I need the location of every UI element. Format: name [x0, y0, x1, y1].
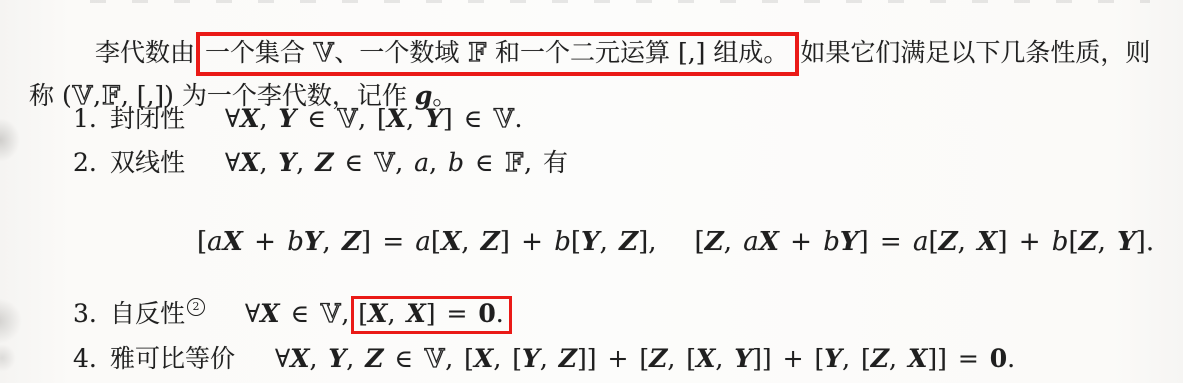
chinese-text-run: 称 [29, 81, 62, 110]
math-roman-run: ∀ [225, 104, 240, 133]
math-bold-italic-run: X [759, 227, 779, 257]
math-bold-italic-run: Y [278, 104, 296, 133]
blackboard-letter: V [374, 148, 395, 177]
math-roman-run: ∀ [225, 148, 240, 177]
math-italic-run: a [743, 227, 759, 257]
math-roman-run: , [296, 148, 315, 177]
property-item-jacobi: 4.雅可比等价∀X, Y, Z ∈ V, [X, [Y, Z]] + [Z, [… [73, 340, 1015, 378]
blackboard-letter: V [424, 344, 445, 373]
math-bold-italic-run: Y [824, 344, 842, 373]
math-bold-italic-run: Z [705, 227, 724, 257]
blackboard-letter: F [467, 38, 487, 67]
highlight-box-definition: 一个集合 V、一个数域 F 和一个二元运算 [,] 组成。 [196, 32, 799, 76]
scanned-document-page: 李代数由一个集合 V、一个数域 F 和一个二元运算 [,] 组成。如果它们满足以… [0, 0, 1183, 383]
math-roman-run: , [260, 148, 279, 177]
math-roman-run: , [1098, 227, 1118, 257]
math-roman-run: , [ [358, 104, 387, 133]
math-roman-run: , [958, 227, 978, 257]
blackboard-letter: V [313, 38, 334, 67]
math-roman-run: [ [928, 227, 938, 257]
math-bold-italic-run: Z [365, 344, 383, 373]
chinese-text-run: 如果它们满足以下几条性质，则 [800, 38, 1150, 67]
math-roman-run: . [514, 104, 522, 133]
blackboard-letter: V [493, 104, 514, 133]
chinese-text-run: 一个集合 [205, 38, 313, 67]
math-roman-run: , [461, 227, 481, 257]
item-number: 3. [73, 295, 110, 333]
math-roman-run: . [1007, 344, 1015, 373]
math-roman-run: ∈ [280, 299, 320, 328]
math-roman-run: [ [1068, 227, 1078, 257]
math-bold-italic-run: X [240, 148, 259, 177]
math-roman-run: ∈ [464, 148, 504, 177]
math-roman-run: , [ [667, 344, 696, 373]
math-roman-run: ] = [361, 227, 415, 257]
math-bold-italic-run: X [240, 104, 259, 133]
math-roman-run: ] ∈ [443, 104, 493, 133]
math-bold-italic-run: X [441, 227, 461, 257]
math-bold-italic-run: X [223, 227, 243, 257]
math-italic-run: b [823, 227, 840, 257]
math-italic-run: b [554, 227, 571, 257]
math-bold-italic-run: X [977, 227, 997, 257]
math-roman-run: [ [358, 299, 368, 328]
math-roman-run: ]] + [ [577, 344, 649, 373]
chinese-text-run: 、一个数域 [334, 38, 467, 67]
math-roman-run: . [496, 299, 504, 328]
math-italic-run: a [414, 148, 429, 177]
highlight-box-alternativity: [X, X] = 0. [351, 296, 511, 334]
math-roman-run: ] = [858, 227, 912, 257]
math-roman-run: ] + [997, 227, 1051, 257]
math-roman-run: ], [638, 227, 656, 257]
item-number: 2. [73, 144, 110, 182]
math-roman-run: , [ [842, 344, 871, 373]
math-bold-italic-run: X [406, 299, 425, 328]
math-roman-run: [ [695, 227, 705, 257]
chinese-text-run: 有 [543, 148, 568, 177]
footnote-superscript-circled-2: 2 [187, 298, 205, 316]
math-bold-italic-run: Z [619, 227, 638, 257]
math-roman-run: ]] + [ [752, 344, 824, 373]
math-italic-run: a [913, 227, 929, 257]
scan-artifact-top-edge [90, 0, 1150, 3]
math-roman-run: , [322, 227, 342, 257]
item-formula: ∀X, Y, Z ∈ V, a, b ∈ F, 有 [225, 148, 568, 177]
math-roman-run: ( [62, 81, 72, 110]
chinese-text-run: 和一个二元运算 [487, 38, 678, 67]
math-bold-italic-run: X [368, 299, 387, 328]
math-italic-run: b [287, 227, 304, 257]
math-roman-run: ∀ [275, 344, 290, 373]
math-bold-italic-run: Y [278, 148, 296, 177]
math-roman-run: , [ [445, 344, 474, 373]
math-roman-run: [ [197, 227, 207, 257]
math-bold-italic-run: X [908, 344, 927, 373]
math-bold-italic-run: X [260, 299, 279, 328]
math-bold-italic-run: Y [425, 104, 443, 133]
math-roman-run: , [395, 148, 414, 177]
item-formula: ∀X, Y ∈ V, [X, Y] ∈ V. [225, 104, 522, 133]
math-roman-run: , [724, 227, 744, 257]
math-roman-run: , [600, 227, 620, 257]
line1-prefix-text: 李代数由 [95, 38, 195, 67]
item-number: 4. [73, 340, 110, 378]
item-label: 双线性 [110, 148, 185, 177]
math-roman-run: , [540, 344, 559, 373]
math-bold-italic-run: Y [304, 227, 323, 257]
paragraph-line-1: 李代数由一个集合 V、一个数域 F 和一个二元运算 [,] 组成。如果它们满足以… [95, 32, 1150, 76]
math-bold-italic-run: Z [939, 227, 958, 257]
math-roman-run: [ [431, 227, 441, 257]
math-bold-italic-run: Z [481, 227, 500, 257]
item-label: 自反性 [110, 299, 185, 328]
formula-prefix: ∀X ∈ V, [245, 299, 349, 328]
math-bold-italic-run: X [290, 344, 309, 373]
math-roman-run: , [341, 299, 349, 328]
math-bold-italic-run: Y [328, 344, 346, 373]
math-roman-run: , [889, 344, 908, 373]
blackboard-letter: F [504, 148, 524, 177]
math-roman-run: , [ [493, 344, 522, 373]
math-italic-run: a [415, 227, 431, 257]
math-roman-run: ∈ [296, 104, 336, 133]
item-number: 1. [73, 100, 110, 138]
math-bold-italic-run: Z [342, 227, 361, 257]
math-roman-run: ]] = [927, 344, 989, 373]
item-label: 封闭性 [110, 104, 185, 133]
math-italic-run: b [448, 148, 464, 177]
property-item-alternativity: 3.自反性2∀X ∈ V,[X, X] = 0. [73, 295, 512, 334]
blackboard-letter: V [337, 104, 358, 133]
scan-artifact-smudge [0, 118, 20, 162]
math-bold-italic-run: X [387, 104, 406, 133]
chinese-text-run: 李代数由 [95, 38, 195, 67]
math-roman-run: ∈ [333, 148, 373, 177]
line1-suffix-text: 如果它们满足以下几条性质，则 [800, 38, 1150, 67]
item-formula: ∀X ∈ V,[X, X] = 0. [245, 299, 512, 328]
display-equation-bilinearity: [aX + bY, Z] = a[X, Z] + b[Y, Z],[Z, aX … [197, 222, 1154, 262]
property-item-bilinearity: 2.双线性∀X, Y, Z ∈ V, a, b ∈ F, 有 [73, 144, 568, 182]
math-bold-italic-run: Z [649, 344, 667, 373]
item-label: 雅可比等价 [110, 344, 235, 373]
math-roman-run: ] + [500, 227, 554, 257]
scan-artifact-smudge [0, 298, 22, 344]
math-roman-run: ]. [1136, 227, 1154, 257]
math-bold-italic-run: Y [581, 227, 600, 257]
math-roman-run: , [310, 344, 329, 373]
scan-artifact-smudge [0, 344, 16, 372]
math-bold-run: 0 [478, 299, 495, 328]
math-italic-run: a [207, 227, 223, 257]
math-bold-italic-run: Z [315, 148, 333, 177]
math-bold-italic-run: Z [871, 344, 889, 373]
math-roman-run: , [429, 148, 448, 177]
math-bold-italic-run: X [474, 344, 493, 373]
property-item-closure: 1.封闭性∀X, Y ∈ V, [X, Y] ∈ V. [73, 100, 522, 138]
math-bold-italic-run: X [696, 344, 715, 373]
math-roman-run: + [243, 227, 287, 257]
math-bold-italic-run: Z [559, 344, 577, 373]
math-roman-run: [,] [678, 38, 705, 67]
math-bold-italic-run: Y [1117, 227, 1136, 257]
math-roman-run: , [346, 344, 365, 373]
math-roman-run: + [779, 227, 823, 257]
math-bold-italic-run: Y [522, 344, 540, 373]
chinese-text-run: 组成。 [705, 38, 788, 67]
math-roman-run: , [524, 148, 543, 177]
math-roman-run: , [715, 344, 734, 373]
math-roman-run: , [387, 299, 406, 328]
math-bold-italic-run: Y [734, 344, 752, 373]
math-bold-italic-run: Z [1079, 227, 1098, 257]
math-roman-run: [ [571, 227, 581, 257]
blackboard-letter: V [320, 299, 341, 328]
item-formula: ∀X, Y, Z ∈ V, [X, [Y, Z]] + [Z, [X, Y]] … [275, 344, 1015, 373]
math-roman-run: , [406, 104, 425, 133]
math-italic-run: b [1052, 227, 1069, 257]
math-roman-run: ] = [426, 299, 479, 328]
math-roman-run: , [260, 104, 279, 133]
math-bold-run: 0 [990, 344, 1007, 373]
math-roman-run: ∀ [245, 299, 260, 328]
math-roman-run: ∈ [383, 344, 423, 373]
math-bold-italic-run: Y [840, 227, 859, 257]
